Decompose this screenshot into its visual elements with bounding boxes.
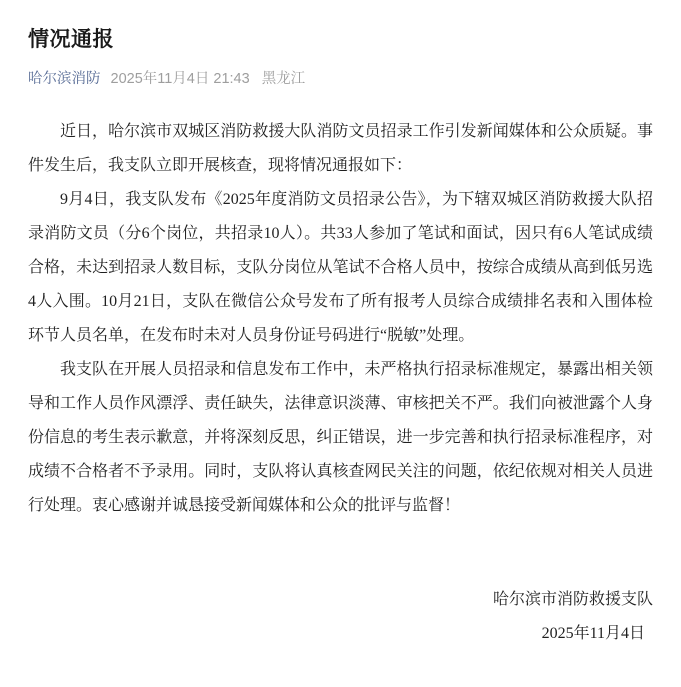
signature-date: 2025年11月4日 (28, 617, 653, 651)
article-body: 近日，哈尔滨市双城区消防救援大队消防文员招录工作引发新闻媒体和公众质疑。事件发生… (28, 115, 653, 523)
page-title: 情况通报 (28, 26, 653, 54)
account-link[interactable]: 哈尔滨消防 (28, 69, 101, 89)
article-paragraph: 我支队在开展人员招录和信息发布工作中，未严格执行招录标准规定，暴露出相关领导和工… (28, 353, 653, 523)
article-meta: 哈尔滨消防 2025年11月4日 21:43 黑龙江 (28, 69, 653, 89)
signature-block: 哈尔滨市消防救援支队 2025年11月4日 (28, 583, 653, 651)
publish-datetime: 2025年11月4日 21:43 (111, 69, 250, 89)
article-paragraph: 9月4日，我支队发布《2025年度消防文员招录公告》，为下辖双城区消防救援大队招… (28, 183, 653, 353)
article-paragraph: 近日，哈尔滨市双城区消防救援大队消防文员招录工作引发新闻媒体和公众质疑。事件发生… (28, 115, 653, 183)
publish-location: 黑龙江 (262, 69, 306, 89)
signature-org: 哈尔滨市消防救援支队 (28, 583, 653, 617)
article: 情况通报 哈尔滨消防 2025年11月4日 21:43 黑龙江 近日，哈尔滨市双… (0, 0, 681, 651)
